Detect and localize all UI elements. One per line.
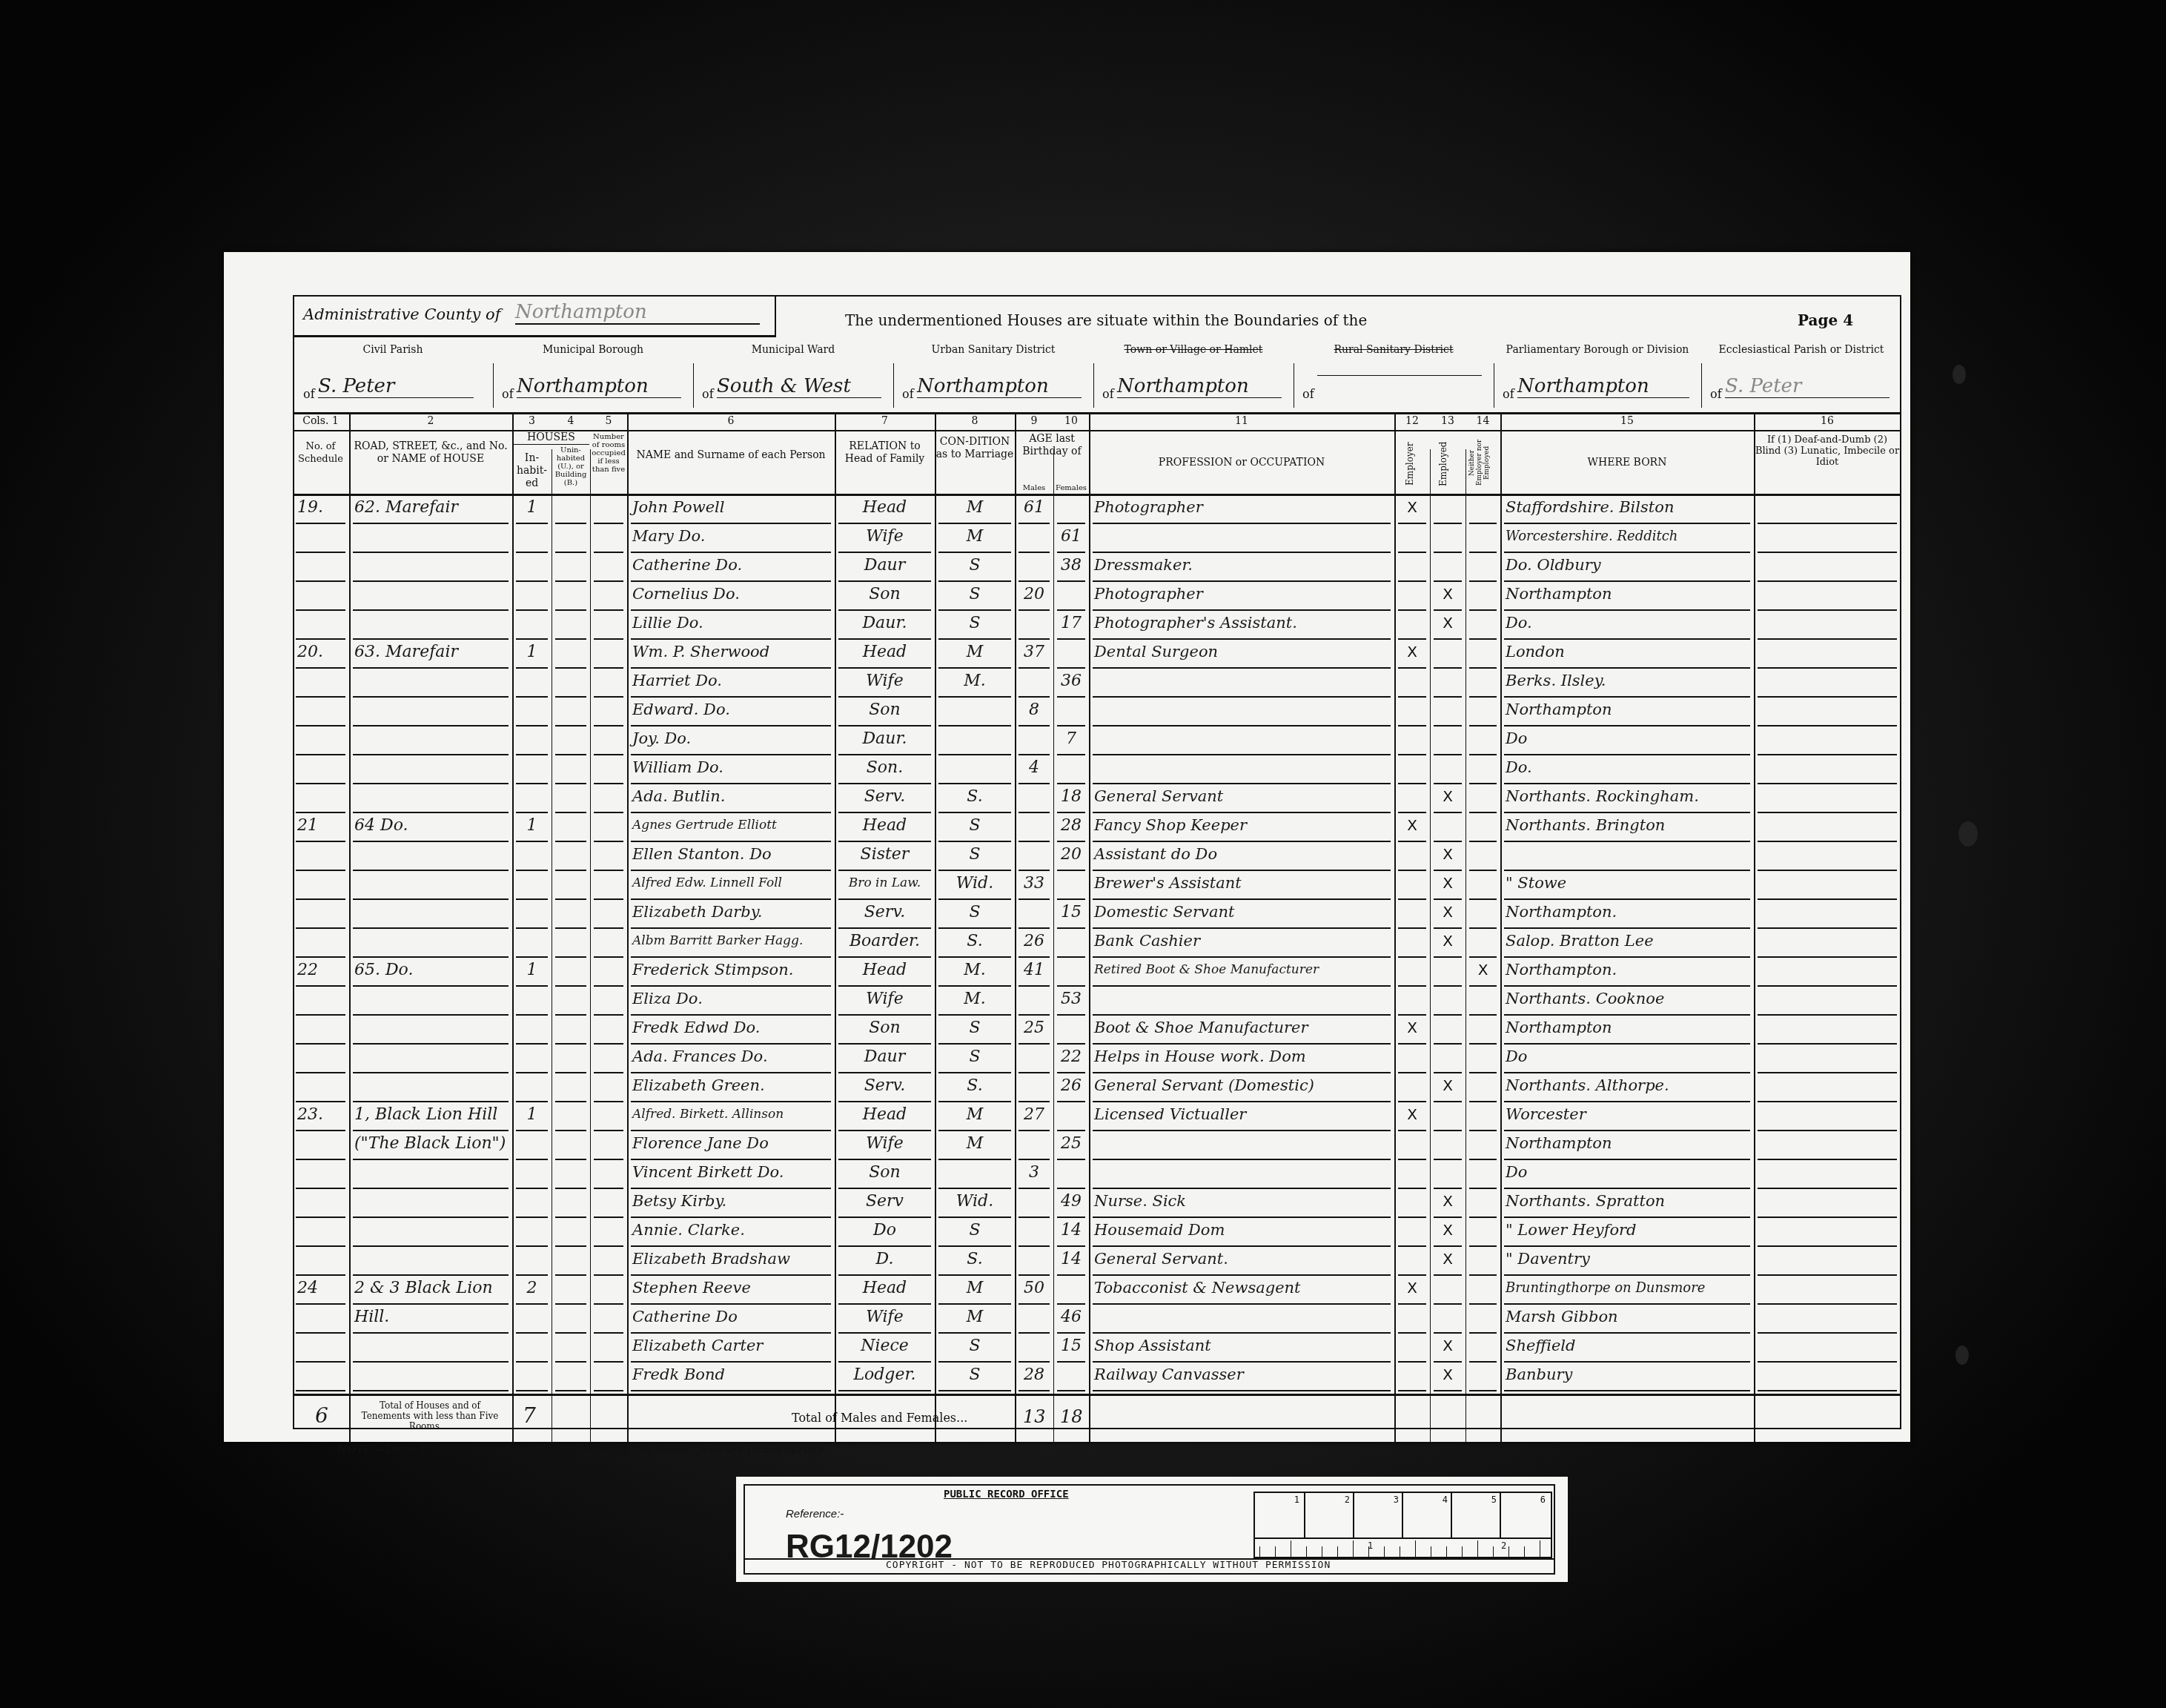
- cell-employed: [1435, 753, 1460, 782]
- cell-occupation: Tobacconist & Newsagent: [1094, 1274, 1389, 1302]
- column-number: 16: [1755, 415, 1900, 427]
- cell-road: [354, 666, 507, 695]
- cell-occupation: Photographer: [1094, 493, 1389, 522]
- cell-relation: Do: [840, 1216, 930, 1245]
- cell-name: Elizabeth Carter: [632, 1331, 829, 1360]
- cell-female-age: 20: [1059, 840, 1084, 869]
- cell-schedule: 20.: [297, 638, 344, 666]
- cell-employed: [1435, 638, 1460, 666]
- table-row: Albm Barritt Barker Hagg.Boarder.S.26Ban…: [293, 930, 1901, 959]
- cell-occupation: Photographer: [1094, 580, 1389, 609]
- cell-employed: [1435, 724, 1460, 753]
- cell-occupation: General Servant.: [1094, 1245, 1389, 1274]
- cell-born: Northants. Cooknoe: [1506, 984, 1749, 1013]
- cell-employed: X: [1435, 1245, 1460, 1274]
- cell-male-age: [1020, 551, 1048, 580]
- cell-female-age: 14: [1059, 1245, 1084, 1274]
- cell-male-age: 25: [1020, 1013, 1048, 1042]
- cell-born: Banbury: [1506, 1360, 1749, 1389]
- cell-road: [354, 753, 507, 782]
- cell-schedule: [297, 1302, 344, 1331]
- cell-road: [354, 724, 507, 753]
- ruler-tick: [1259, 1546, 1260, 1557]
- cell-condition: S: [940, 580, 1010, 609]
- cell-occupation: [1094, 984, 1389, 1013]
- cell-name: Catherine Do: [632, 1302, 829, 1331]
- cell-neither: [1471, 638, 1495, 666]
- cell-born: Northants. Althorpe.: [1506, 1071, 1749, 1100]
- cell-employed: [1435, 1042, 1460, 1071]
- cell-neither: [1471, 1302, 1495, 1331]
- ruler-number: 6: [1540, 1494, 1546, 1505]
- cell-relation: Serv.: [840, 782, 930, 811]
- cell-employed: X: [1435, 1216, 1460, 1245]
- division-value: South & West: [717, 375, 881, 398]
- cell-male-age: 61: [1020, 493, 1048, 522]
- table-row: 242 & 3 Black Lion2Stephen ReeveHeadM50T…: [293, 1277, 1901, 1305]
- column-number: 4: [552, 415, 589, 427]
- cell-relation: Wife: [840, 1302, 930, 1331]
- cell-schedule: 22: [297, 956, 344, 984]
- cell-inhabited: [517, 609, 546, 638]
- cell-employer: [1400, 1216, 1425, 1245]
- table-row: ("The Black Lion")Florence Jane DoWifeM2…: [293, 1132, 1901, 1161]
- cell-employed: X: [1435, 898, 1460, 927]
- cell-name: Frederick Stimpson.: [632, 956, 829, 984]
- cell-road: [354, 1245, 507, 1274]
- cell-inhabited: [517, 551, 546, 580]
- cell-name: Lillie Do.: [632, 609, 829, 638]
- division-label: Municipal Borough: [493, 344, 693, 357]
- cell-condition: M.: [940, 666, 1010, 695]
- cell-inhabited: [517, 927, 546, 956]
- cell-road: 2 & 3 Black Lion: [354, 1274, 507, 1302]
- ruler-tick: [1462, 1546, 1463, 1557]
- cell-road: Hill.: [354, 1302, 507, 1331]
- cell-neither: [1471, 840, 1495, 869]
- division-value: [1317, 375, 1482, 376]
- county-box: Administrative County of Northampton: [293, 295, 776, 337]
- cell-employed: [1435, 493, 1460, 522]
- ruler-tick: [1306, 1546, 1307, 1557]
- col-header-age: AGE last Birthday of: [1016, 433, 1088, 458]
- col-header-rooms: Number of rooms occupied if less than fi…: [591, 433, 626, 474]
- cell-employer: X: [1400, 811, 1425, 840]
- total-females: 18: [1060, 1406, 1083, 1427]
- cell-employed: X: [1435, 1360, 1460, 1389]
- cell-female-age: 18: [1059, 782, 1084, 811]
- cell-condition: S: [940, 1216, 1010, 1245]
- cell-neither: [1471, 1331, 1495, 1360]
- cell-employed: [1435, 1129, 1460, 1158]
- table-row: Elizabeth Green.Serv.S.26General Servant…: [293, 1074, 1901, 1103]
- cell-born: Do: [1506, 1042, 1749, 1071]
- cell-employer: [1400, 956, 1425, 984]
- cell-schedule: [297, 1216, 344, 1245]
- division-value: Northampton: [517, 375, 681, 398]
- cell-occupation: [1094, 753, 1389, 782]
- cell-road: [354, 609, 507, 638]
- table-row: Elizabeth CarterNieceS15Shop AssistantXS…: [293, 1334, 1901, 1363]
- cell-condition: S.: [940, 1245, 1010, 1274]
- of-prefix: of: [1302, 387, 1314, 401]
- ruler-tick: [1508, 1546, 1509, 1557]
- of-prefix: of: [502, 387, 514, 401]
- cell-inhabited: [517, 522, 546, 551]
- cell-male-age: 41: [1020, 956, 1048, 984]
- cell-male-age: [1020, 984, 1048, 1013]
- ruler-number: 5: [1491, 1494, 1497, 1505]
- cell-schedule: [297, 1042, 344, 1071]
- cell-neither: [1471, 1129, 1495, 1158]
- cell-neither: [1471, 551, 1495, 580]
- column-number: 10: [1054, 415, 1088, 427]
- cell-condition: M: [940, 1100, 1010, 1129]
- cell-employer: X: [1400, 1100, 1425, 1129]
- reference-frame: PUBLIC RECORD OFFICE Reference:- RG12/12…: [743, 1484, 1555, 1575]
- table-row: Ada. Frances Do.DaurS22Helps in House wo…: [293, 1045, 1901, 1074]
- cell-relation: Niece: [840, 1331, 930, 1360]
- cell-road: [354, 927, 507, 956]
- cell-occupation: [1094, 695, 1389, 724]
- cell-employer: [1400, 695, 1425, 724]
- cell-female-age: [1059, 1158, 1084, 1187]
- cell-male-age: 4: [1020, 753, 1048, 782]
- table-row: Ada. Butlin.Serv.S.18General ServantXNor…: [293, 785, 1901, 814]
- total-houses-inhabited: 7: [523, 1403, 536, 1428]
- cell-employed: [1435, 984, 1460, 1013]
- cell-employer: [1400, 609, 1425, 638]
- division-label: Municipal Ward: [693, 344, 893, 357]
- division-parliamentary-borough: Parliamentary Borough or Division of Nor…: [1494, 338, 1701, 412]
- cell-relation: Boarder.: [840, 927, 930, 956]
- cell-road: [354, 1360, 507, 1389]
- cell-name: Catherine Do.: [632, 551, 829, 580]
- cell-relation: D.: [840, 1245, 930, 1274]
- cell-schedule: [297, 1071, 344, 1100]
- division-label-struck: Rural Sanitary District: [1294, 344, 1494, 357]
- division-town-village-hamlet: Town or Village or Hamlet of Northampton: [1093, 338, 1294, 412]
- cell-neither: [1471, 1360, 1495, 1389]
- cell-occupation: Dental Surgeon: [1094, 638, 1389, 666]
- cell-born: Berks. Ilsley.: [1506, 666, 1749, 695]
- cell-road: [354, 869, 507, 898]
- cell-neither: [1471, 724, 1495, 753]
- cell-employer: [1400, 984, 1425, 1013]
- cell-schedule: [297, 840, 344, 869]
- total-houses-label: Total of Houses and of Tenements with le…: [360, 1400, 500, 1431]
- cell-neither: [1471, 1071, 1495, 1100]
- total-schedules: 6: [315, 1403, 328, 1428]
- cell-relation: Bro in Law.: [840, 869, 930, 898]
- column-number: 7: [835, 415, 934, 427]
- cell-occupation: Dressmaker.: [1094, 551, 1389, 580]
- cell-schedule: [297, 1129, 344, 1158]
- table-row: Catherine Do.DaurS38Dressmaker.Do. Oldbu…: [293, 554, 1901, 583]
- cell-male-age: 37: [1020, 638, 1048, 666]
- cell-condition: S.: [940, 782, 1010, 811]
- cell-born: " Stowe: [1506, 869, 1749, 898]
- of-prefix: of: [902, 387, 914, 401]
- cell-employed: X: [1435, 840, 1460, 869]
- cell-employer: [1400, 724, 1425, 753]
- table-row: 19.62. Marefair1John PowellHeadM61Photog…: [293, 496, 1901, 525]
- cell-occupation: [1094, 1302, 1389, 1331]
- cell-neither: [1471, 1274, 1495, 1302]
- cell-born: Do.: [1506, 609, 1749, 638]
- cell-relation: Daur: [840, 1042, 930, 1071]
- cell-female-age: [1059, 1013, 1084, 1042]
- cell-schedule: 24: [297, 1274, 344, 1302]
- cell-relation: Daur: [840, 551, 930, 580]
- table-row: Ellen Stanton. DoSisterS20Assistant do D…: [293, 843, 1901, 872]
- cell-schedule: [297, 551, 344, 580]
- cell-female-age: 49: [1059, 1187, 1084, 1216]
- table-row: Harriet Do.WifeM.36Berks. Ilsley.: [293, 669, 1901, 698]
- cell-occupation: Housemaid Dom: [1094, 1216, 1389, 1245]
- cell-neither: [1471, 609, 1495, 638]
- cell-relation: Wife: [840, 522, 930, 551]
- cell-employer: [1400, 1187, 1425, 1216]
- ruler-number: 3: [1394, 1494, 1399, 1505]
- county-label: Administrative County of: [303, 305, 501, 323]
- punch-hole: [1958, 821, 1978, 847]
- cell-female-age: 17: [1059, 609, 1084, 638]
- cell-born: Northampton.: [1506, 956, 1749, 984]
- cell-inhabited: 1: [517, 493, 546, 522]
- col-header-neither: Neither Employer nor Employed: [1468, 434, 1491, 491]
- of-prefix: of: [1710, 387, 1722, 401]
- cell-condition: M.: [940, 956, 1010, 984]
- cell-male-age: [1020, 811, 1048, 840]
- cell-condition: S: [940, 551, 1010, 580]
- ruler-number: 2: [1501, 1540, 1506, 1551]
- table-row: Fredk Edwd Do.SonS25Boot & Shoe Manufact…: [293, 1016, 1901, 1045]
- cell-male-age: [1020, 1216, 1048, 1245]
- cell-occupation: Assistant do Do: [1094, 840, 1389, 869]
- cell-employer: X: [1400, 493, 1425, 522]
- cell-female-age: [1059, 493, 1084, 522]
- ruler-tick: [1322, 1546, 1322, 1557]
- column-number: 12: [1395, 415, 1429, 427]
- cell-name: Stephen Reeve: [632, 1274, 829, 1302]
- cell-relation: Son.: [840, 753, 930, 782]
- cell-schedule: [297, 1331, 344, 1360]
- cell-female-age: 25: [1059, 1129, 1084, 1158]
- cell-relation: Son: [840, 695, 930, 724]
- cell-employed: [1435, 1013, 1460, 1042]
- column-number: 13: [1431, 415, 1465, 427]
- cell-schedule: [297, 666, 344, 695]
- cell-male-age: [1020, 1245, 1048, 1274]
- col-header-road: ROAD, STREET, &c., and No. or NAME of HO…: [350, 440, 511, 466]
- punch-hole: [1953, 365, 1966, 384]
- cell-inhabited: [517, 753, 546, 782]
- division-ecclesiastical-parish: Ecclesiastical Parish or District of S. …: [1701, 338, 1901, 412]
- cell-neither: [1471, 493, 1495, 522]
- col-header-schedule: No. of Schedule: [293, 440, 348, 466]
- ruler-number: 2: [1345, 1494, 1350, 1505]
- cell-male-age: 3: [1020, 1158, 1048, 1187]
- cell-born: Northampton: [1506, 580, 1749, 609]
- cell-born: [1506, 840, 1749, 869]
- cell-inhabited: [517, 1216, 546, 1245]
- cell-male-age: 28: [1020, 1360, 1048, 1389]
- cell-born: Do. Oldbury: [1506, 551, 1749, 580]
- column-number: 11: [1090, 415, 1394, 427]
- cell-road: [354, 898, 507, 927]
- cell-inhabited: [517, 724, 546, 753]
- cell-female-age: 14: [1059, 1216, 1084, 1245]
- cell-schedule: [297, 1187, 344, 1216]
- col-header-inhabited: In-habit-ed: [513, 452, 551, 490]
- division-label-struck: Town or Village or Hamlet: [1093, 344, 1294, 357]
- cell-occupation: [1094, 1129, 1389, 1158]
- cell-condition: [940, 695, 1010, 724]
- cell-condition: S.: [940, 1071, 1010, 1100]
- cell-road: [354, 984, 507, 1013]
- cell-inhabited: [517, 1331, 546, 1360]
- cell-occupation: Helps in House work. Dom: [1094, 1042, 1389, 1071]
- cell-employer: [1400, 1360, 1425, 1389]
- cell-neither: [1471, 782, 1495, 811]
- cell-occupation: General Servant (Domestic): [1094, 1071, 1389, 1100]
- cell-born: Sheffield: [1506, 1331, 1749, 1360]
- ruler-division: 5: [1451, 1493, 1501, 1537]
- column-number: 5: [591, 415, 626, 427]
- cell-employed: [1435, 811, 1460, 840]
- cell-born: Northants. Spratton: [1506, 1187, 1749, 1216]
- cell-inhabited: [517, 580, 546, 609]
- cell-relation: Wife: [840, 666, 930, 695]
- table-row: Joy. Do.Daur.7Do: [293, 727, 1901, 756]
- cell-relation: Wife: [840, 1129, 930, 1158]
- cell-female-age: 26: [1059, 1071, 1084, 1100]
- col-header-employed: Employed: [1438, 437, 1453, 491]
- cell-occupation: Boot & Shoe Manufacturer: [1094, 1013, 1389, 1042]
- cell-road: [354, 1331, 507, 1360]
- cell-road: [354, 1187, 507, 1216]
- cell-occupation: [1094, 1158, 1389, 1187]
- cell-employed: [1435, 666, 1460, 695]
- ruler-tick: [1431, 1546, 1431, 1557]
- cell-schedule: [297, 580, 344, 609]
- cell-condition: S: [940, 811, 1010, 840]
- cell-relation: Son: [840, 580, 930, 609]
- cell-occupation: [1094, 666, 1389, 695]
- of-prefix: of: [702, 387, 714, 401]
- cell-female-age: [1059, 695, 1084, 724]
- cell-relation: Wife: [840, 984, 930, 1013]
- table-row: Alfred Edw. Linnell FollBro in Law.Wid.3…: [293, 872, 1901, 901]
- table-row: Eliza Do.WifeM.53Northants. Cooknoe: [293, 987, 1901, 1016]
- cell-occupation: [1094, 724, 1389, 753]
- table-row: 2164 Do.1Agnes Gertrude ElliottHeadS28Fa…: [293, 814, 1901, 843]
- cell-inhabited: [517, 782, 546, 811]
- cell-schedule: [297, 782, 344, 811]
- cell-name: Ada. Frances Do.: [632, 1042, 829, 1071]
- cell-male-age: [1020, 1042, 1048, 1071]
- ruler-tick: [1291, 1540, 1291, 1557]
- measurement-ruler: 123456 12: [1253, 1492, 1552, 1558]
- ruler-tick: [1524, 1546, 1525, 1557]
- cell-occupation: General Servant: [1094, 782, 1389, 811]
- col-header-relation: RELATION to Head of Family: [835, 440, 934, 466]
- cell-male-age: 26: [1020, 927, 1048, 956]
- cell-name: Florence Jane Do: [632, 1129, 829, 1158]
- cell-schedule: [297, 695, 344, 724]
- ruler-tick: [1415, 1540, 1416, 1557]
- cell-female-age: [1059, 1274, 1084, 1302]
- cell-occupation: Photographer's Assistant.: [1094, 609, 1389, 638]
- cell-male-age: [1020, 522, 1048, 551]
- cell-employer: [1400, 1042, 1425, 1071]
- cell-employed: X: [1435, 927, 1460, 956]
- division-value: Northampton: [1117, 375, 1282, 398]
- cell-schedule: [297, 984, 344, 1013]
- cell-female-age: 38: [1059, 551, 1084, 580]
- cell-road: [354, 1013, 507, 1042]
- cell-name: Eliza Do.: [632, 984, 829, 1013]
- cell-inhabited: [517, 1129, 546, 1158]
- cell-condition: S: [940, 898, 1010, 927]
- col-header-condition: CON-DITION as to Marriage: [935, 436, 1014, 461]
- cell-employer: [1400, 869, 1425, 898]
- cell-employer: [1400, 666, 1425, 695]
- cell-schedule: [297, 1013, 344, 1042]
- cell-schedule: [297, 1360, 344, 1389]
- column-number: 14: [1466, 415, 1500, 427]
- county-value: Northampton: [515, 301, 760, 325]
- totals-row: 6 Total of Houses and of Tenements with …: [293, 1396, 1901, 1440]
- cell-relation: Head: [840, 956, 930, 984]
- cell-employed: [1435, 1158, 1460, 1187]
- cell-neither: [1471, 1158, 1495, 1187]
- cell-female-age: [1059, 956, 1084, 984]
- cell-inhabited: [517, 840, 546, 869]
- cell-schedule: [297, 898, 344, 927]
- cell-road: [354, 1042, 507, 1071]
- cell-name: Agnes Gertrude Elliott: [632, 811, 829, 840]
- col-header-where-born: WHERE BORN: [1501, 457, 1753, 469]
- cell-born: Worcestershire. Redditch: [1506, 522, 1749, 551]
- col-header-uninhabited: Unin-habited (U.), or Building (B.): [552, 446, 589, 487]
- cell-condition: [940, 1158, 1010, 1187]
- cell-relation: Serv.: [840, 898, 930, 927]
- cell-inhabited: 1: [517, 638, 546, 666]
- cell-schedule: [297, 522, 344, 551]
- cell-inhabited: 2: [517, 1274, 546, 1302]
- cell-employer: [1400, 551, 1425, 580]
- cell-born: Northants. Rockingham.: [1506, 782, 1749, 811]
- division-label: Parliamentary Borough or Division: [1494, 344, 1701, 357]
- cell-employed: [1435, 695, 1460, 724]
- cell-born: Northampton: [1506, 1013, 1749, 1042]
- ruler-tick: [1540, 1540, 1540, 1557]
- cell-inhabited: [517, 1042, 546, 1071]
- of-prefix: of: [303, 387, 315, 401]
- cell-condition: S: [940, 609, 1010, 638]
- cell-neither: [1471, 1187, 1495, 1216]
- ruler-division: 6: [1500, 1493, 1550, 1537]
- ruler-division: 1: [1255, 1493, 1304, 1537]
- ruler-tick: [1337, 1546, 1338, 1557]
- cell-neither: [1471, 753, 1495, 782]
- cell-relation: Head: [840, 1100, 930, 1129]
- cell-inhabited: [517, 984, 546, 1013]
- cell-employer: [1400, 753, 1425, 782]
- cell-employer: [1400, 1331, 1425, 1360]
